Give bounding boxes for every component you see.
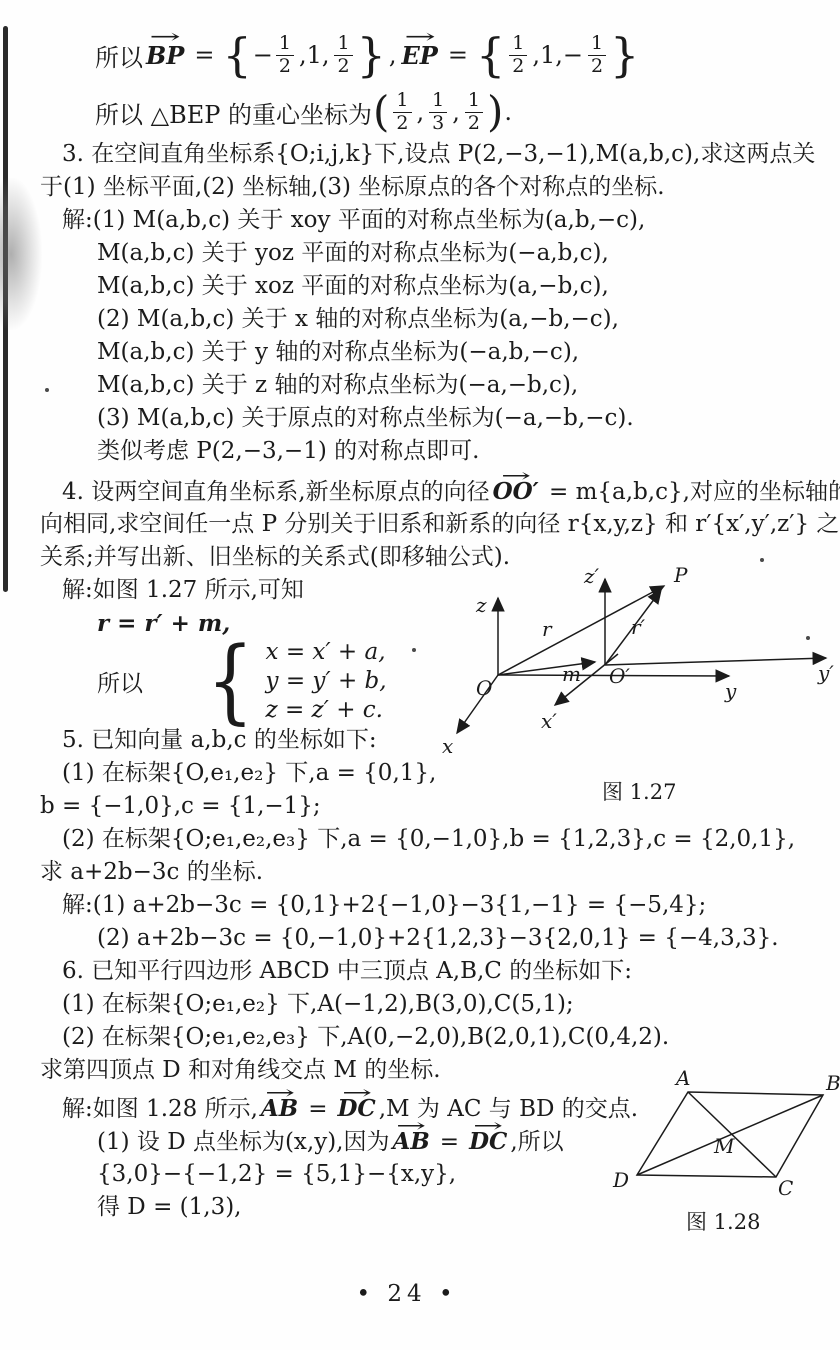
fraction: 12: [509, 33, 527, 78]
label-m: m: [562, 662, 581, 686]
text-run: 所以: [97, 665, 143, 698]
left-brace: {: [222, 32, 251, 78]
y-prime-axis: [605, 658, 826, 665]
problem-3-statement-cont: 于(1) 坐标平面,(2) 坐标轴,(3) 坐标原点的各个对称点的坐标.: [40, 171, 826, 204]
text-run: ,1,: [297, 41, 332, 69]
solution-3-line: 解:(1) M(a,b,c) 关于 xoy 平面的对称点坐标为(a,b,−c),: [40, 204, 826, 237]
label-z: z: [475, 593, 487, 617]
left-brace: {: [476, 32, 505, 78]
figure-1-27-caption: 图 1.27: [602, 776, 676, 806]
label-m: M: [713, 1134, 735, 1158]
vector-ab: AB: [393, 1125, 430, 1158]
old-coordinate-axes: [457, 598, 729, 733]
text-run: ,所以: [510, 1129, 563, 1155]
label-y-prime: y′: [817, 661, 834, 685]
label-y: y: [724, 679, 737, 703]
scan-smudge-artifact: [0, 178, 42, 330]
figure-1-27: z z′ P r r′ m O O′ x x′ y y′ 图 1.27: [428, 552, 840, 810]
problem-6-statement: 6. 已知平行四边形 ABCD 中三顶点 A,B,C 的坐标如下:: [40, 955, 826, 988]
right-brace: }: [610, 32, 639, 78]
minus-sign: −: [253, 41, 273, 69]
text-run: 所以 △BEP 的重心坐标为: [95, 95, 372, 130]
period: .: [504, 98, 512, 126]
page-number: • 24 •: [0, 1281, 814, 1307]
solution-3-line: M(a,b,c) 关于 y 轴的对称点坐标为(−a,b,−c),: [40, 336, 826, 369]
label-r: r: [542, 617, 553, 641]
text-run: = m{a,b,c},对应的坐标轴的正: [542, 479, 840, 505]
right-brace: }: [357, 32, 386, 78]
label-c: C: [778, 1176, 793, 1200]
label-o-prime: O′: [609, 664, 630, 688]
solution-3-line: M(a,b,c) 关于 yoz 平面的对称点坐标为(−a,b,c),: [40, 237, 826, 270]
text-run: 4. 设两空间直角坐标系,新坐标原点的向径: [62, 479, 490, 505]
system-brace: {: [207, 640, 254, 723]
text-run: 解:如图 1.28 所示,: [62, 1096, 258, 1122]
figure-1-27-drawing: z z′ P r r′ m O O′ x x′ y y′: [428, 552, 840, 764]
problem-5-item-2: (2) 在标架{O;e₁,e₂,e₃} 下,a = {0,−1,0},b = {…: [40, 823, 826, 856]
system-rows: x = x′ + a, y = y′ + b, z = z′ + c.: [266, 638, 387, 725]
fraction: 12: [465, 90, 483, 135]
figure-1-28: A B C D M 图 1.28: [606, 1060, 840, 1238]
right-paren: ): [487, 91, 503, 133]
label-a: A: [674, 1066, 690, 1090]
figure-1-28-drawing: A B C D M: [606, 1060, 840, 1202]
problem-3-statement: 3. 在空间直角坐标系{O;i,j,k}下,设点 P(2,−3,−1),M(a,…: [40, 138, 826, 171]
label-o: O: [476, 676, 492, 700]
problem-6-item-2: (2) 在标架{O;e₁,e₂,e₃} 下,A(0,−2,0),B(2,0,1)…: [40, 1021, 826, 1054]
vector-bp: BP: [146, 41, 184, 70]
equals-sign: =: [433, 1129, 466, 1155]
label-p: P: [673, 563, 688, 587]
system-row: x = x′ + a,: [266, 638, 387, 667]
fraction: 12: [276, 33, 294, 78]
label-z-prime: z′: [583, 564, 600, 588]
problem-4-statement: 4. 设两空间直角坐标系,新坐标原点的向径OO′ = m{a,b,c},对应的坐…: [40, 475, 826, 508]
comma: ,: [415, 98, 427, 126]
vector-ab: AB: [261, 1092, 298, 1125]
solution-3-line: (2) M(a,b,c) 关于 x 轴的对称点坐标为(a,−b,−c),: [40, 303, 826, 336]
label-b: B: [825, 1071, 840, 1095]
label-r-prime: r′: [631, 615, 646, 639]
formula-bp-ep: 所以BP={−12,1,12},EP={12,1,−12}: [40, 24, 826, 86]
text-run: 所以: [95, 38, 143, 73]
comma: ,: [387, 41, 399, 69]
problem-6-item-1: (1) 在标架{O;e₁,e₂} 下,A(−1,2),B(3,0),C(5,1)…: [40, 988, 826, 1021]
new-coordinate-axes: [555, 579, 826, 705]
solution-3-line: 类似考虑 P(2,−3,−1) 的对称点即可.: [40, 435, 826, 468]
formula-centroid: 所以 △BEP 的重心坐标为(12,13,12).: [40, 86, 826, 138]
solution-3-line: M(a,b,c) 关于 z 轴的对称点坐标为(−a,−b,c),: [40, 369, 826, 402]
text-run: ,1,−: [530, 41, 585, 69]
figure-1-28-caption: 图 1.28: [686, 1206, 760, 1236]
solution-3-line: (3) M(a,b,c) 关于原点的对称点坐标为(−a,−b,−c).: [40, 402, 826, 435]
solution-3-line: M(a,b,c) 关于 xoz 平面的对称点坐标为(a,−b,c),: [40, 270, 826, 303]
fraction: 13: [429, 90, 447, 135]
text-run: (1) 设 D 点坐标为(x,y),因为: [97, 1129, 390, 1155]
problem-4-statement-cont: 向相同,求空间任一点 P 分别关于旧系和新系的向径 r{x,y,z} 和 r′{…: [40, 508, 826, 541]
equals-sign: =: [441, 41, 475, 69]
label-d: D: [612, 1168, 629, 1192]
problem-5-question: 求 a+2b−3c 的坐标.: [40, 856, 826, 889]
vector-dc: DC: [337, 1092, 375, 1125]
label-x: x: [442, 734, 453, 758]
system-row: y = y′ + b,: [266, 667, 387, 696]
fraction: 12: [588, 33, 606, 78]
fraction: 12: [334, 33, 352, 78]
scanned-textbook-page: 所以BP={−12,1,12},EP={12,1,−12} 所以 △BEP 的重…: [0, 0, 840, 1350]
vector-oo-prime: OO′: [493, 475, 539, 508]
label-x-prime: x′: [541, 709, 557, 733]
comma: ,: [450, 98, 462, 126]
left-paren: (: [373, 91, 389, 133]
system-row: z = z′ + c.: [266, 696, 387, 725]
fraction: 12: [393, 90, 411, 135]
equals-sign: =: [187, 41, 221, 69]
vector-ep: EP: [401, 41, 437, 70]
vector-dc: DC: [469, 1125, 507, 1158]
equals-sign: =: [301, 1096, 334, 1122]
solution-5-line: (2) a+2b−3c = {0,−1,0}+2{1,2,3}−3{2,0,1}…: [40, 922, 826, 955]
solution-5-line: 解:(1) a+2b−3c = {0,1}+2{−1,0}−3{1,−1} = …: [40, 889, 826, 922]
